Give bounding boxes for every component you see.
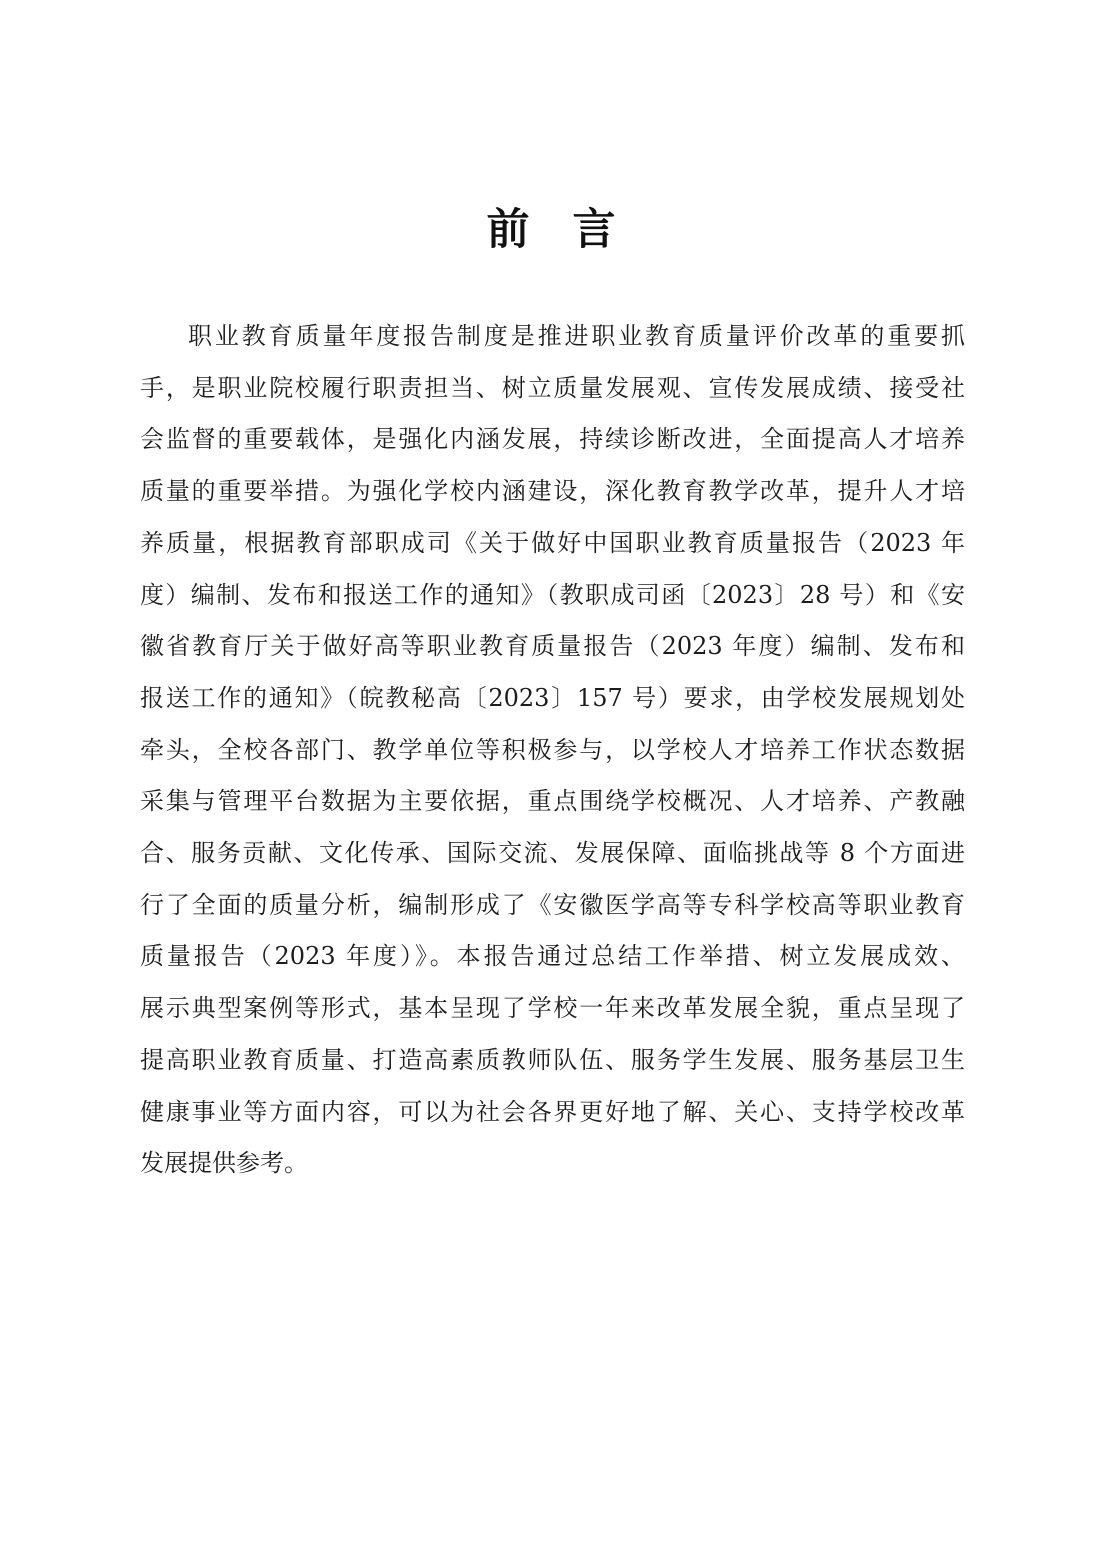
paragraph-line: 报送工作的通知》（皖教秘高〔2023〕157 号）要求，由学校发展规划处 <box>140 673 965 725</box>
paragraph-line: 采集与管理平台数据为主要依据，重点围绕学校概况、人才培养、产教融 <box>140 776 965 828</box>
paragraph-line: 手，是职业院校履行职责担当、树立质量发展观、宣传发展成绩、接受社 <box>140 363 965 415</box>
paragraph-line: 质量的重要举措。为强化学校内涵建设，深化教育教学改革，提升人才培 <box>140 466 965 518</box>
paragraph-line: 徽省教育厅关于做好高等职业教育质量报告（2023 年度）编制、发布和 <box>140 621 965 673</box>
paragraph-line: 养质量，根据教育部职成司《关于做好中国职业教育质量报告（2023 年 <box>140 518 965 570</box>
paragraph-line: 提高职业教育质量、打造高素质教师队伍、服务学生发展、服务基层卫生 <box>140 1035 965 1087</box>
paragraph-line: 职业教育质量年度报告制度是推进职业教育质量评价改革的重要抓 <box>140 311 965 363</box>
paragraph-line: 展示典型案例等形式，基本呈现了学校一年来改革发展全貌，重点呈现了 <box>140 983 965 1035</box>
page-title: 前 言 <box>0 0 1102 258</box>
preface-paragraph: 职业教育质量年度报告制度是推进职业教育质量评价改革的重要抓手，是职业院校履行职责… <box>140 311 965 1190</box>
paragraph-line: 合、服务贡献、文化传承、国际交流、发展保障、面临挑战等 8 个方面进 <box>140 828 965 880</box>
paragraph-line: 发展提供参考。 <box>140 1138 965 1190</box>
document-page: 前 言 职业教育质量年度报告制度是推进职业教育质量评价改革的重要抓手，是职业院校… <box>0 0 1102 1559</box>
paragraph-line: 会监督的重要载体，是强化内涵发展，持续诊断改进，全面提高人才培养 <box>140 414 965 466</box>
paragraph-line: 度）编制、发布和报送工作的通知》（教职成司函〔2023〕28 号）和《安 <box>140 570 965 622</box>
paragraph-line: 质量报告（2023 年度）》。本报告通过总结工作举措、树立发展成效、 <box>140 931 965 983</box>
paragraph-line: 健康事业等方面内容，可以为社会各界更好地了解、关心、支持学校改革 <box>140 1087 965 1139</box>
paragraph-line: 牵头，全校各部门、教学单位等积极参与，以学校人才培养工作状态数据 <box>140 725 965 777</box>
paragraph-line: 行了全面的质量分析，编制形成了《安徽医学高等专科学校高等职业教育 <box>140 880 965 932</box>
